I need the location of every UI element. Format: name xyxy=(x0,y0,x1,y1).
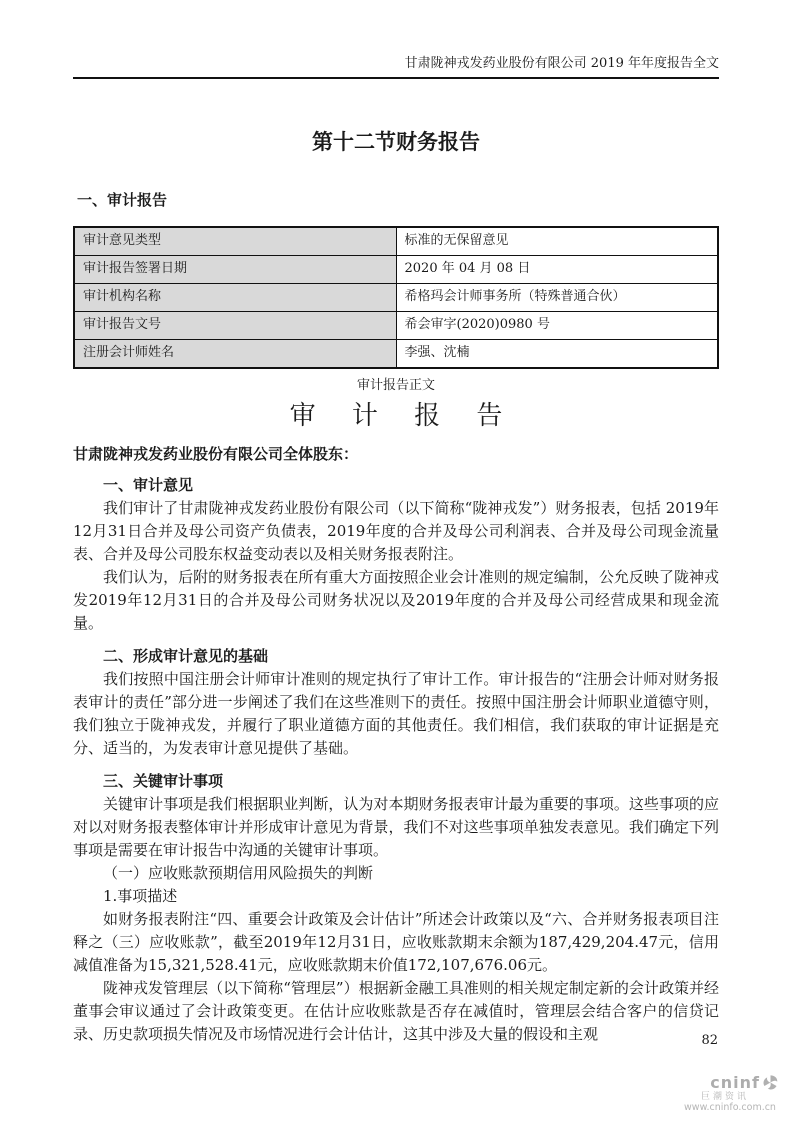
table-cell-label: 审计报告签署日期 xyxy=(74,256,396,284)
section-heading-audit-report: 一、审计报告 xyxy=(73,191,719,210)
subheading-receivables-credit-risk: （一）应收账款预期信用风险损失的判断 xyxy=(73,862,719,885)
table-cell-value: 标准的无保留意见 xyxy=(396,227,718,256)
cninfo-watermark: cninf 巨潮资讯 www.cninfo.com.cn xyxy=(675,1074,785,1114)
table-cell-label: 审计意见类型 xyxy=(74,227,396,256)
table-row: 审计机构名称 希格玛会计师事务所（特殊普通合伙） xyxy=(74,284,718,312)
paragraph-opinion-2: 我们认为，后附的财务报表在所有重大方面按照企业会计准则的规定编制，公允反映了陇神… xyxy=(73,566,719,635)
section-heading-opinion: 一、审计意见 xyxy=(73,474,719,497)
cninfo-pinwheel-icon xyxy=(762,1074,779,1091)
cninfo-url: www.cninfo.com.cn xyxy=(675,1103,785,1113)
section-heading-basis: 二、形成审计意见的基础 xyxy=(73,645,719,668)
section-heading-key-audit-matters: 三、关键审计事项 xyxy=(73,770,719,793)
cninfo-chinese-name: 巨潮资讯 xyxy=(675,1093,785,1103)
paragraph-basis-1: 我们按照中国注册会计师审计准则的规定执行了审计工作。审计报告的“注册会计师对财务… xyxy=(73,668,719,760)
chapter-title: 第十二节财务报告 xyxy=(73,128,719,155)
table-cell-value: 2020 年 04 月 08 日 xyxy=(396,256,718,284)
paragraph-opinion-1: 我们审计了甘肃陇神戎发药业股份有限公司（以下简称“陇神戎发”）财务报表，包括 2… xyxy=(73,497,719,566)
table-cell-value: 希格玛会计师事务所（特殊普通合伙） xyxy=(396,284,718,312)
report-addressee: 甘肃陇神戎发药业股份有限公司全体股东： xyxy=(73,444,719,464)
table-cell-value: 希会审字(2020)0980 号 xyxy=(396,312,718,340)
table-row: 审计报告签署日期 2020 年 04 月 08 日 xyxy=(74,256,718,284)
page-number: 82 xyxy=(701,1033,718,1049)
document-page: 甘肃陇神戎发药业股份有限公司 2019 年年度报告全文 第十二节财务报告 一、审… xyxy=(0,0,793,1122)
paragraph-kam-1: 关键审计事项是我们根据职业判断，认为对本期财务报表审计最为重要的事项。这些事项的… xyxy=(73,793,719,862)
item-heading-matter-description: 1.事项描述 xyxy=(73,885,719,908)
audit-summary-table: 审计意见类型 标准的无保留意见 审计报告签署日期 2020 年 04 月 08 … xyxy=(73,226,719,369)
cninfo-logo-text: cninf xyxy=(710,1074,760,1092)
paragraph-kam-2: 如财务报表附注“四、重要会计政策及会计估计”所述会计政策以及“六、合并财务报表项… xyxy=(73,908,719,977)
report-subtitle: 审计报告正文 xyxy=(73,378,719,394)
running-header: 甘肃陇神戎发药业股份有限公司 2019 年年度报告全文 xyxy=(73,0,719,79)
table-cell-value: 李强、沈楠 xyxy=(396,340,718,369)
table-cell-label: 审计报告文号 xyxy=(74,312,396,340)
page-content: 甘肃陇神戎发药业股份有限公司 2019 年年度报告全文 第十二节财务报告 一、审… xyxy=(0,0,793,1046)
table-row: 注册会计师姓名 李强、沈楠 xyxy=(74,340,718,369)
paragraph-kam-3: 陇神戎发管理层（以下简称“管理层”）根据新金融工具准则的相关规定制定新的会计政策… xyxy=(73,977,719,1046)
table-cell-label: 注册会计师姓名 xyxy=(74,340,396,369)
report-title: 审 计 报 告 xyxy=(73,399,719,433)
table-row: 审计报告文号 希会审字(2020)0980 号 xyxy=(74,312,718,340)
cninfo-logo-row: cninf xyxy=(675,1074,785,1092)
table-row: 审计意见类型 标准的无保留意见 xyxy=(74,227,718,256)
table-cell-label: 审计机构名称 xyxy=(74,284,396,312)
